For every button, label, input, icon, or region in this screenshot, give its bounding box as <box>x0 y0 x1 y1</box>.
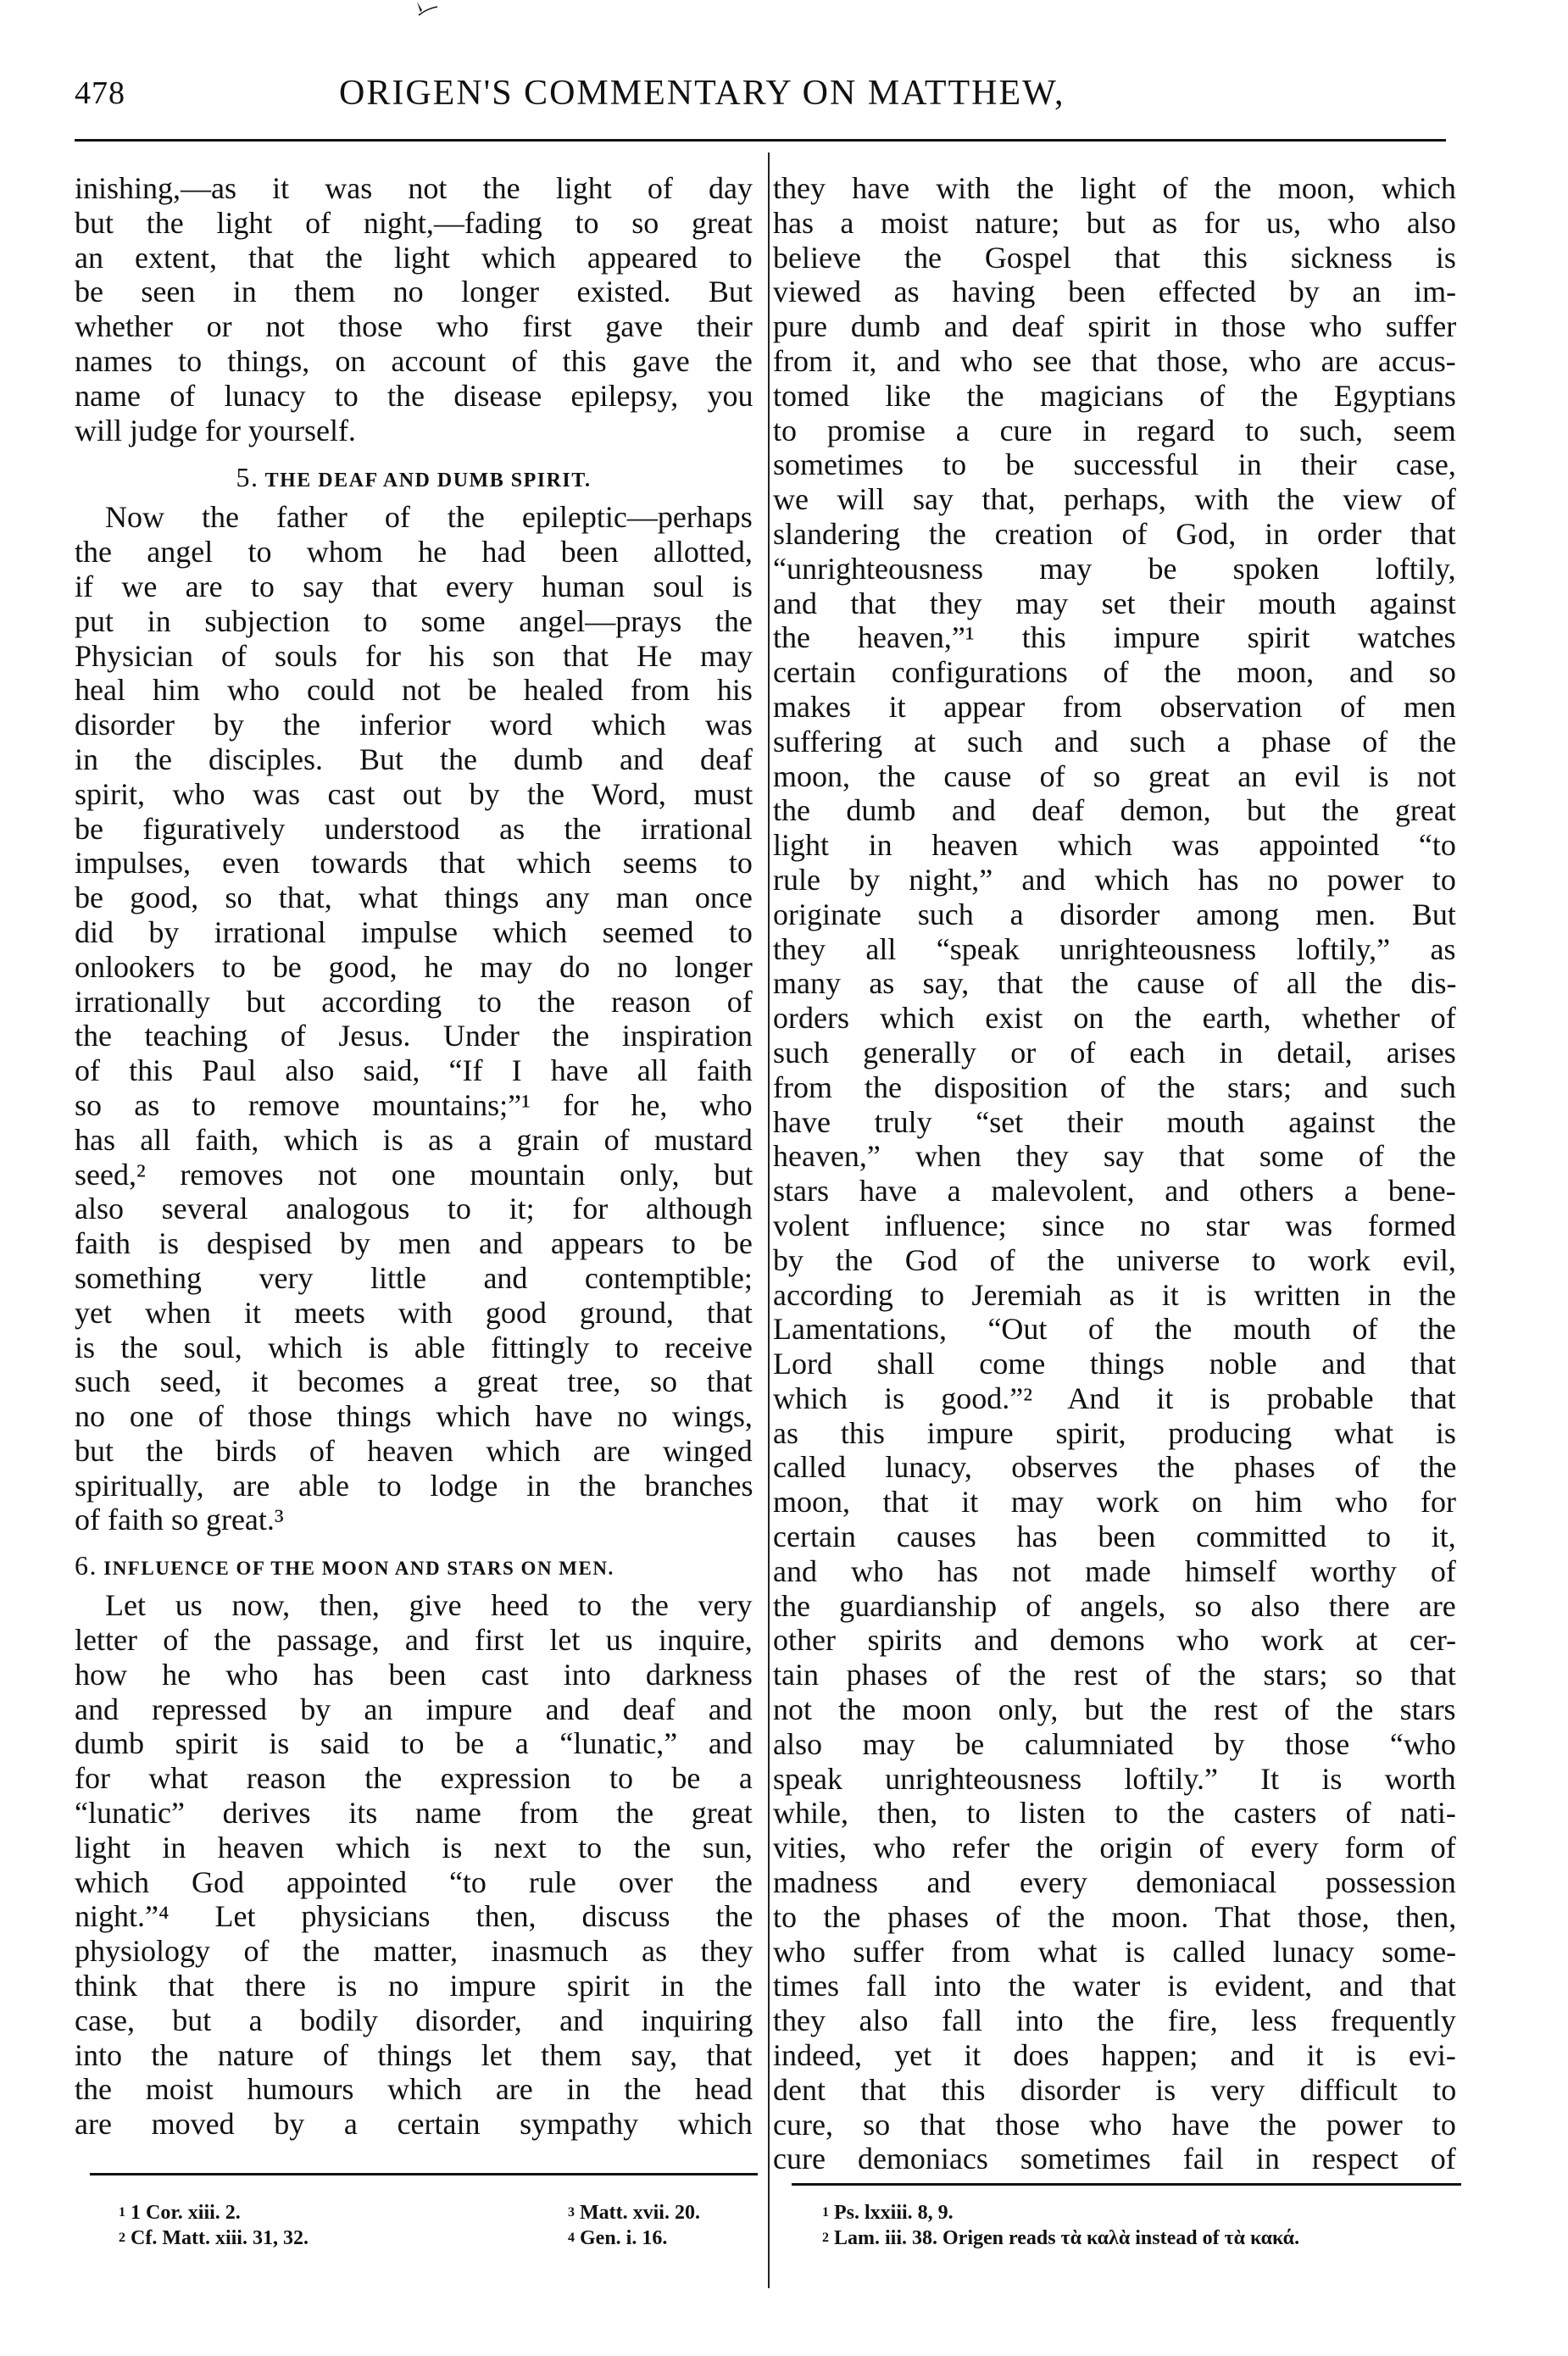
text-line: orders which exist on the earth, whether… <box>773 1001 1456 1036</box>
text-line: many as say, that the cause of all the d… <box>773 966 1456 1001</box>
text-line: Let us now, then, give heed to the very <box>75 1588 753 1623</box>
footnote-left-1: 1 1 Cor. xiii. 2. <box>119 2200 241 2225</box>
text-line: believe the Gospel that this sickness is <box>773 241 1456 275</box>
text-line: the dumb and deaf demon, but the great <box>773 793 1456 828</box>
text-line: light in heaven which is next to the sun… <box>75 1831 753 1865</box>
text-line: moon, the cause of so great an evil is n… <box>773 759 1456 794</box>
text-line: onlookers to be good, he may do no longe… <box>75 950 753 985</box>
text-line: names to things, on account of this gave… <box>75 344 753 379</box>
text-line: called lunacy, observes the phases of th… <box>773 1450 1456 1485</box>
text-line: pure dumb and deaf spirit in those who s… <box>773 309 1456 344</box>
text-line: impulses, even towards that which seems … <box>75 846 753 881</box>
section-number: 6. <box>75 1550 97 1581</box>
text-line: inishing,—as it was not the light of day <box>75 171 753 206</box>
text-line: stars have a malevolent, and others a be… <box>773 1174 1456 1209</box>
text-line: if we are to say that every human soul i… <box>75 570 753 604</box>
text-line: light in heaven which was appointed “to <box>773 828 1456 863</box>
text-line: who suffer from what is called lunacy so… <box>773 1935 1456 1970</box>
text-line: has all faith, which is as a grain of mu… <box>75 1123 753 1158</box>
text-line: tomed like the magicians of the Egyptian… <box>773 379 1456 414</box>
text-line: from the disposition of the stars; and s… <box>773 1070 1456 1105</box>
text-line: heaven,” when they say that some of the <box>773 1139 1456 1174</box>
text-line: will judge for yourself. <box>75 414 753 448</box>
text-line: be good, so that, what things any man on… <box>75 881 753 915</box>
text-line: the guardianship of angels, so also ther… <box>773 1589 1456 1624</box>
paragraph-deaf-dumb-spirit: Now the father of the epileptic—perhapst… <box>75 500 753 1537</box>
text-line: Now the father of the epileptic—perhaps <box>75 500 753 535</box>
left-column: inishing,—as it was not the light of day… <box>75 171 753 2142</box>
footnote-right-1: 1 Ps. lxxiii. 8, 9. <box>822 2200 954 2225</box>
text-line: so as to remove mountains;”¹ for he, who <box>75 1088 753 1123</box>
text-line: times fall into the water is evident, an… <box>773 1969 1456 2003</box>
page-number: 478 <box>75 75 125 112</box>
text-line: for what reason the expression to be a <box>75 1761 753 1796</box>
text-line: the heaven,”¹ this impure spirit watches <box>773 620 1456 655</box>
section-number: 5. <box>236 462 259 492</box>
text-line: physiology of the matter, inasmuch as th… <box>75 1934 753 1969</box>
text-line: spirit, who was cast out by the Word, mu… <box>75 777 753 812</box>
footnote-left-2: 2 Cf. Matt. xiii. 31, 32. <box>119 2225 309 2251</box>
text-line: volent influence; since no star was form… <box>773 1209 1456 1243</box>
text-line: have truly “set their mouth against the <box>773 1105 1456 1140</box>
text-line: they have with the light of the moon, wh… <box>773 171 1456 206</box>
text-line: suffering at such and such a phase of th… <box>773 725 1456 759</box>
text-line: Lamentations, “Out of the mouth of the <box>773 1312 1456 1347</box>
text-line: to promise a cure in regard to such, see… <box>773 414 1456 448</box>
text-line: as this impure spirit, producing what is <box>773 1416 1456 1451</box>
text-line: be seen in them no longer existed. But <box>75 275 753 309</box>
column-divider <box>768 153 770 2288</box>
text-line: into the nature of things let them say, … <box>75 2038 753 2073</box>
text-line: we will say that, perhaps, with the view… <box>773 482 1456 517</box>
text-line: night.”⁴ Let physicians then, discuss th… <box>75 1899 753 1934</box>
text-line: and that they may set their mouth agains… <box>773 586 1456 621</box>
text-line: viewed as having been effected by an im- <box>773 275 1456 309</box>
text-line: faith is despised by men and appears to … <box>75 1226 753 1261</box>
text-line: name of lunacy to the disease epilepsy, … <box>75 379 753 414</box>
text-line: dumb spirit is said to be a “lunatic,” a… <box>75 1726 753 1761</box>
text-line: Physician of souls for his son that He m… <box>75 639 753 674</box>
text-line: put in subjection to some angel—prays th… <box>75 604 753 639</box>
header-rule <box>75 139 1446 142</box>
text-line: seed,² removes not one mountain only, bu… <box>75 1158 753 1192</box>
section-5-heading: 5. THE DEAF AND DUMB SPIRIT. <box>75 453 753 500</box>
text-line: from it, and who see that those, who are… <box>773 344 1456 379</box>
text-line: other spirits and demons who work at cer… <box>773 1623 1456 1658</box>
text-line: spiritually, are able to lodge in the br… <box>75 1469 753 1503</box>
text-line: which is good.”² And it is probable that <box>773 1381 1456 1416</box>
left-footnote-rule <box>90 2173 758 2175</box>
text-line: the teaching of Jesus. Under the inspira… <box>75 1019 753 1053</box>
scan-artifact-mark <box>415 2 441 19</box>
text-line: something very little and contemptible; <box>75 1261 753 1296</box>
paragraph-moon-stars: Let us now, then, give heed to the veryl… <box>75 1588 753 2142</box>
text-line: cure, so that those who have the power t… <box>773 2108 1456 2142</box>
footnote-right-2: 2 Lam. iii. 38. Origen reads τὰ καλὰ ins… <box>822 2225 1299 2251</box>
text-line: while, then, to listen to the casters of… <box>773 1796 1456 1831</box>
text-line: and who has not made himself worthy of <box>773 1554 1456 1589</box>
running-title: ORIGEN'S COMMENTARY ON MATTHEW, <box>339 73 1065 114</box>
text-line: is the soul, which is able fittingly to … <box>75 1331 753 1365</box>
text-line: by the God of the universe to work evil, <box>773 1243 1456 1278</box>
text-line: and repressed by an impure and deaf and <box>75 1692 753 1727</box>
text-line: moon, that it may work on him who for <box>773 1485 1456 1520</box>
text-line: also may be calumniated by those “who <box>773 1727 1456 1762</box>
text-line: according to Jeremiah as it is written i… <box>773 1278 1456 1313</box>
footnote-left-4: 4 Gen. i. 16. <box>568 2225 667 2251</box>
text-line: whether or not those who first gave thei… <box>75 309 753 344</box>
text-line: case, but a bodily disorder, and inquiri… <box>75 2003 753 2038</box>
text-line: vities, who refer the origin of every fo… <box>773 1831 1456 1865</box>
text-line: such generally or of each in detail, ari… <box>773 1036 1456 1070</box>
text-line: the moist humours which are in the head <box>75 2072 753 2107</box>
footnote-left-3: 3 Matt. xvii. 20. <box>568 2200 700 2225</box>
text-line: certain causes has been committed to it, <box>773 1520 1456 1554</box>
text-line: rule by night,” and which has no power t… <box>773 863 1456 897</box>
text-line: disorder by the inferior word which was <box>75 708 753 742</box>
text-line: slandering the creation of God, in order… <box>773 517 1456 552</box>
text-line: heal him who could not be healed from hi… <box>75 673 753 708</box>
text-line: speak unrighteousness loftily.” It is wo… <box>773 1762 1456 1797</box>
text-line: how he who has been cast into darkness <box>75 1658 753 1692</box>
section-title: INFLUENCE OF THE MOON AND STARS ON MEN. <box>103 1558 614 1579</box>
text-line: originate such a disorder among men. But <box>773 897 1456 932</box>
text-line: the angel to whom he had been allotted, <box>75 535 753 570</box>
text-line: has a moist nature; but as for us, who a… <box>773 206 1456 241</box>
text-line: think that there is no impure spirit in … <box>75 1969 753 2003</box>
text-line: irrationally but according to the reason… <box>75 985 753 1020</box>
text-line: cure demoniacs sometimes fail in respect… <box>773 2142 1456 2176</box>
text-line: also several analogous to it; for althou… <box>75 1192 753 1226</box>
text-line: Lord shall come things noble and that <box>773 1347 1456 1381</box>
right-column: they have with the light of the moon, wh… <box>773 171 1456 2176</box>
paragraph-continuation-right: they have with the light of the moon, wh… <box>773 171 1456 2176</box>
text-line: “unrighteousness may be spoken loftily, <box>773 552 1456 586</box>
text-line: no one of those things which have no win… <box>75 1399 753 1434</box>
text-line: letter of the passage, and first let us … <box>75 1623 753 1658</box>
text-line: but the light of night,—fading to so gre… <box>75 206 753 241</box>
text-line: to the phases of the moon. That those, t… <box>773 1900 1456 1935</box>
text-line: in the disciples. But the dumb and deaf <box>75 742 753 777</box>
text-line: tain phases of the rest of the stars; so… <box>773 1658 1456 1692</box>
text-line: they all “speak unrighteousness loftily,… <box>773 932 1456 967</box>
text-line: makes it appear from observation of men <box>773 690 1456 725</box>
text-line: indeed, yet it does happen; and it is ev… <box>773 2038 1456 2073</box>
paragraph-continuation: inishing,—as it was not the light of day… <box>75 171 753 447</box>
text-line: but the birds of heaven which are winged <box>75 1434 753 1469</box>
text-line: of faith so great.³ <box>75 1503 753 1537</box>
text-line: not the moon only, but the rest of the s… <box>773 1692 1456 1727</box>
text-line: which God appointed “to rule over the <box>75 1865 753 1900</box>
right-footnote-rule <box>792 2183 1461 2186</box>
text-line: of this Paul also said, “If I have all f… <box>75 1053 753 1088</box>
text-line: be figuratively understood as the irrati… <box>75 812 753 847</box>
section-title: THE DEAF AND DUMB SPIRIT. <box>265 470 592 492</box>
text-line: such seed, it becomes a great tree, so t… <box>75 1364 753 1399</box>
text-line: are moved by a certain sympathy which <box>75 2107 753 2142</box>
text-line: certain configurations of the moon, and … <box>773 655 1456 690</box>
text-line: yet when it meets with good ground, that <box>75 1296 753 1331</box>
text-line: dent that this disorder is very difficul… <box>773 2073 1456 2108</box>
text-line: “lunatic” derives its name from the grea… <box>75 1796 753 1831</box>
text-line: sometimes to be successful in their case… <box>773 447 1456 482</box>
text-line: did by irrational impulse which seemed t… <box>75 915 753 950</box>
text-line: madness and every demoniacal possession <box>773 1865 1456 1900</box>
text-line: an extent, that the light which appeared… <box>75 241 753 275</box>
text-line: they also fall into the fire, less frequ… <box>773 2003 1456 2038</box>
section-6-heading: 6. INFLUENCE OF THE MOON AND STARS ON ME… <box>75 1541 753 1588</box>
